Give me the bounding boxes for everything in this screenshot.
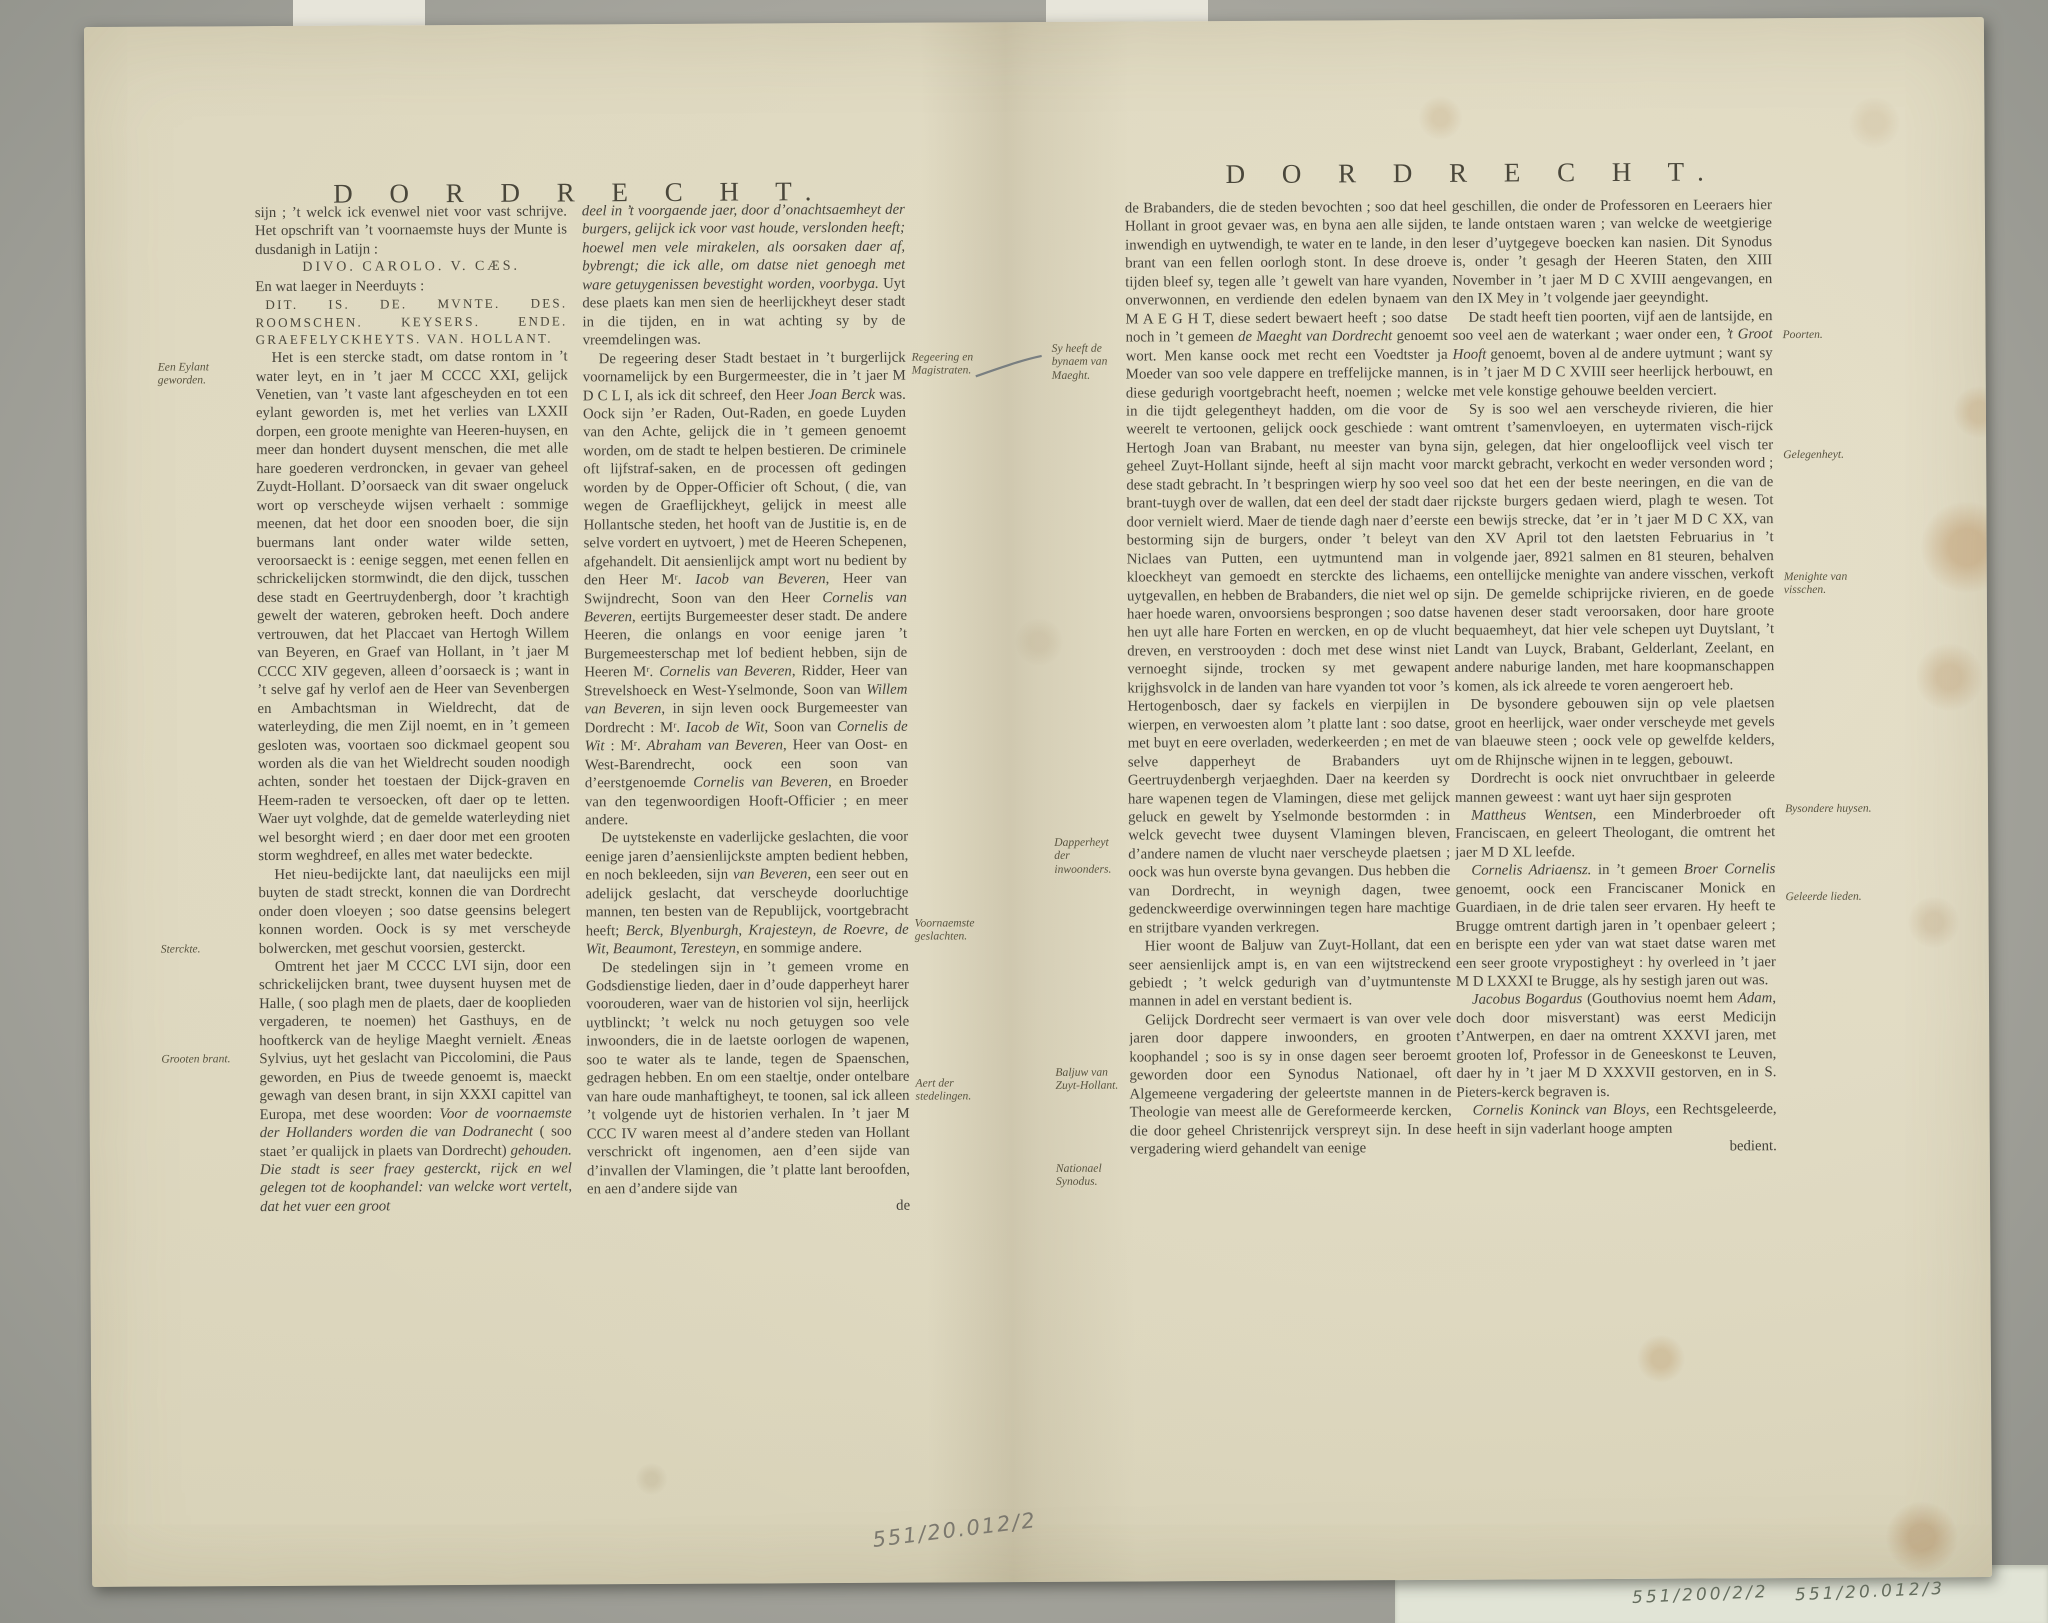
paragraph: deel in ’t voorgaende jaer, door d’onach…: [582, 201, 906, 350]
margin-note: Poorten.: [1783, 328, 1875, 342]
margin-note: Een Eylant geworden.: [158, 360, 248, 387]
paragraph: En wat laeger in Neerduyts :: [255, 276, 567, 296]
paragraph: Sy is soo wel aen verscheyde rivieren, d…: [1453, 399, 1775, 696]
margin-note: Sterckte.: [161, 942, 251, 956]
margin-note: Geleerde lieden.: [1785, 890, 1877, 904]
paragraph: Mattheus Wentsen, een Minderbroeder oft …: [1455, 805, 1775, 862]
right-page-margin-right: Poorten.Gelegenheyt.Menighte van vissche…: [1781, 18, 1881, 1578]
paragraph: DIVO. CAROLO. V. CÆS.: [255, 258, 567, 278]
margin-note: Grooten brant.: [161, 1052, 251, 1066]
paragraph: Dordrecht is oock niet onvruchtbaer in g…: [1455, 768, 1775, 807]
margin-note: Dapperheyt der inwoonders.: [1054, 836, 1118, 877]
margin-note: Aert der stedelingen.: [915, 1076, 995, 1103]
paragraph: De bysondere gebouwen sijn op vele plaet…: [1454, 694, 1774, 769]
paragraph: bedient.: [1457, 1137, 1777, 1157]
paragraph: geschillen, die onder de Professoren en …: [1452, 196, 1773, 308]
paragraph: Cornelis Adriaensz. in ’t gemeen Broer C…: [1455, 860, 1776, 991]
right-col-1: de Brabanders, die de steden bevochten ;…: [1125, 198, 1453, 1375]
paragraph: de Brabanders, die de steden bevochten ;…: [1125, 198, 1451, 938]
margin-note: Menighte van visschen.: [1784, 570, 1876, 597]
paragraph: Het nieu-bedijckte lant, dat naeulijcks …: [258, 864, 570, 958]
paragraph: sijn ; ’t welck ick evenwel niet voor va…: [255, 202, 567, 259]
paragraph: Jacobus Bogardus (Gouthovius noemt hem A…: [1456, 990, 1777, 1102]
book-sheet: D O R D R E C H T. sijn ; ’t welck ick e…: [84, 17, 1992, 1587]
paragraph: Hier woont de Baljuw van Zuyt-Hollant, d…: [1129, 936, 1451, 1011]
left-page-margin-left: Een Eylant geworden.Sterckte.Grooten bra…: [156, 26, 254, 1586]
paragraph: Omtrent het jaer M CCCC LVI sijn, door e…: [259, 956, 572, 1216]
right-col-2: geschillen, die onder de Professoren en …: [1452, 196, 1778, 1398]
right-page-margin-left: Sy heeft de bynaem van Maeght.Dapperheyt…: [1050, 22, 1122, 1582]
margin-note: Nationael Synodus.: [1056, 1162, 1120, 1189]
paragraph: De uytstekenste en vaderlijcke geslachte…: [585, 828, 909, 959]
margin-note: Voornaemste geslachten.: [915, 916, 995, 943]
paragraph: de: [587, 1197, 910, 1217]
paragraph: De stadt heeft tien poorten, vijf aen de…: [1452, 307, 1772, 401]
background-tab-left: [293, 0, 425, 27]
left-col-1: sijn ; ’t welck ick evenwel niet voor va…: [255, 202, 573, 1379]
left-page-margin-right: Regeering en Magistraten.Voornaemste ges…: [910, 22, 998, 1582]
margin-note: Sy heeft de bynaem van Maeght.: [1052, 342, 1116, 383]
scan-stage: D O R D R E C H T. sijn ; ’t welck ick e…: [0, 0, 2048, 1623]
paragraph: DIT. IS. DE. MVNTE. DES. ROOMSCHEN. KEYS…: [255, 295, 567, 349]
ink-mark: [974, 354, 1044, 380]
paragraph: Gelijck Dordrecht seer vermaert is van o…: [1129, 1010, 1452, 1159]
margin-note: Baljuw van Zuyt-Hollant.: [1055, 1066, 1119, 1093]
margin-note: Gelegenheyt.: [1783, 448, 1875, 462]
paragraph: Cornelis Koninck van Bloys, een Rechtsge…: [1457, 1100, 1777, 1139]
right-page-title: D O R D R E C H T.: [1125, 156, 1820, 191]
paragraph: De stedelingen sijn in ’t gemeen vrome e…: [586, 957, 910, 1199]
left-col-2: deel in ’t voorgaende jaer, door d’onach…: [582, 201, 911, 1378]
paragraph: Het is een stercke stadt, om datse ronto…: [256, 348, 571, 866]
paragraph: De regeering deser Stadt bestaet in ’t b…: [583, 348, 909, 829]
margin-note: Bysondere huysen.: [1785, 802, 1877, 816]
